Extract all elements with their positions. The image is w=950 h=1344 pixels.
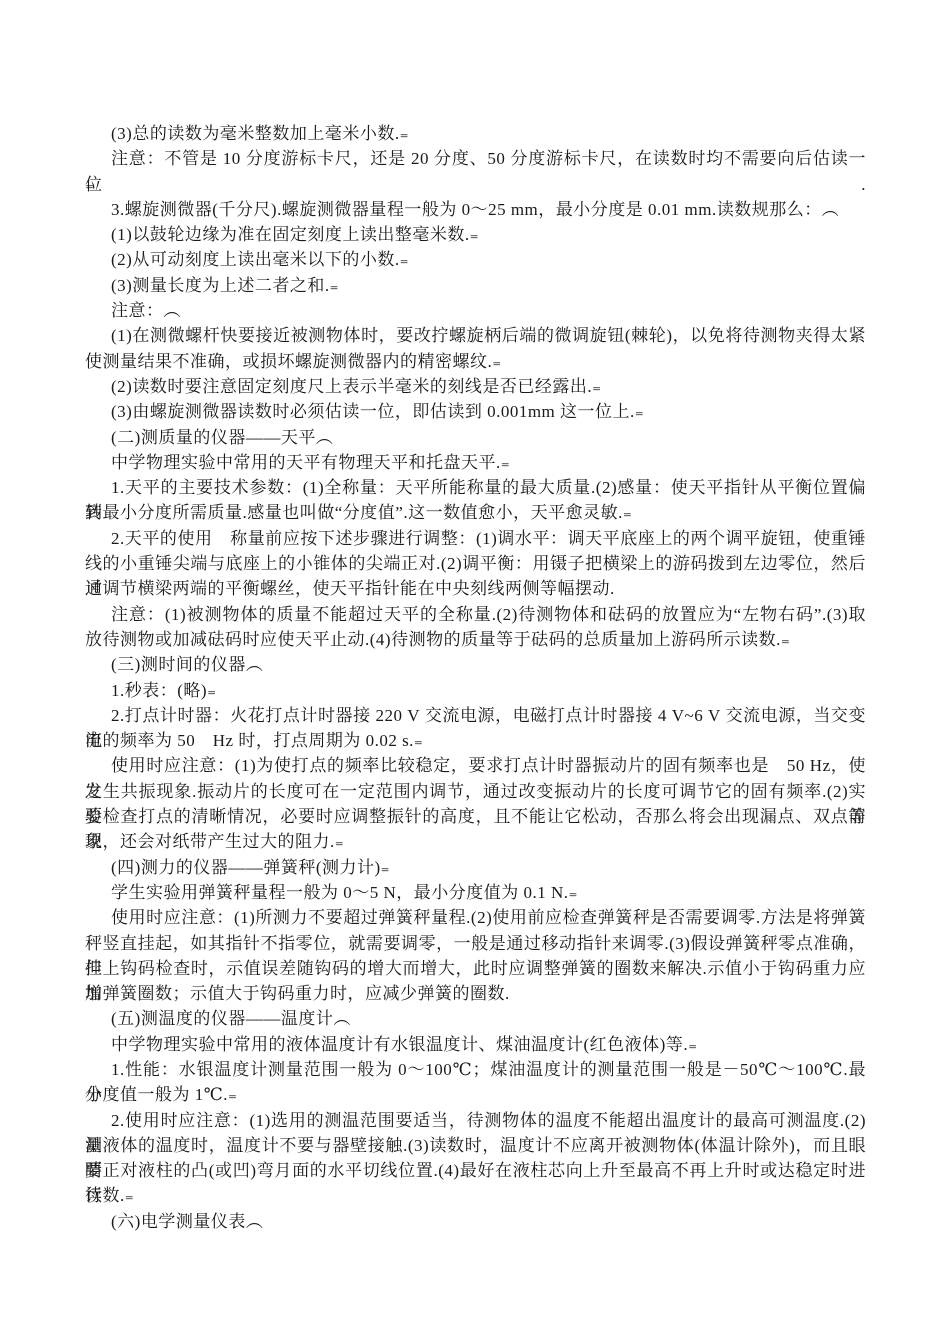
text-line: 中学物理实验中常用的液体温度计有水银温度计、煤油温度计(红色液体)等.₌ xyxy=(85,1032,866,1057)
text-line: (四)测力的仪器——弹簧秤(测力计)₌ xyxy=(85,855,866,880)
text-line: 2.天平的使用 称量前应按下述步骤进行调整：(1)调水平：调天平底座上的两个调平… xyxy=(85,526,866,551)
text-line: 使用时应注意：(1)所测力不要超过弹簧秤量程.(2)使用前应检查弹簧秤是否需要调… xyxy=(85,905,866,930)
text-line: (1)以鼓轮边缘为准在固定刻度上读出整毫米数.₌ xyxy=(85,222,866,247)
text-line: (2)从可动刻度上读出毫米以下的小数.₌ xyxy=(85,247,866,272)
text-line: 3.螺旋测微器(千分尺).螺旋测微器量程一般为 0～25 mm，最小分度是 0.… xyxy=(85,197,866,222)
text-line: 要正对液柱的凸(或凹)弯月面的水平切线位置.(4)最好在液柱芯向上升至最高不再上… xyxy=(85,1158,866,1183)
text-line: 放待测物或加减砝码时应使天平止动.(4)待测物的质量等于砝码的总质量加上游码所示… xyxy=(85,627,866,652)
text-line: 量液体的温度时，温度计不要与器壁接触.(3)读数时，温度计不应离开被测物体(体温… xyxy=(85,1133,866,1158)
text-line: (三)测时间的仪器︵ xyxy=(85,652,866,677)
text-line: 流的频率为 50 Hz 时，打点周期为 0.02 s.₌ xyxy=(85,728,866,753)
document-text-body: (3)总的读数为毫米整数加上毫米小数.₌注意：不管是 10 分度游标卡尺，还是 … xyxy=(85,121,866,1234)
text-line: 分度值一般为 1℃.₌ xyxy=(85,1082,866,1107)
text-line: 注意：不管是 10 分度游标卡尺，还是 20 分度、50 分度游标卡尺，在读数时… xyxy=(85,146,866,171)
text-line: (3)由螺旋测微器读数时必须估读一位，即估读到 0.001mm 这一位上.₌ xyxy=(85,399,866,424)
text-line: 加弹簧圈数；示值大于钩码重力时，应减少弹簧的圈数. xyxy=(85,981,866,1006)
text-line: (3)总的读数为毫米整数加上毫米小数.₌ xyxy=(85,121,866,146)
text-line: 线的小重锤尖端与底座上的小锥体的尖端正对.(2)调平衡：用镊子把横梁上的游码拨到… xyxy=(85,551,866,576)
text-line: 秤竖直挂起，如其指针不指零位，就需要调零，一般是通过移动指针来调零.(3)假设弹… xyxy=(85,931,866,956)
text-line: (六)电学测量仪表︵ xyxy=(85,1209,866,1234)
text-line: 使测量结果不准确，或损坏螺旋测微器内的精密螺纹.₌ xyxy=(85,349,866,374)
text-line: 过调节横梁两端的平衡螺丝，使天平指针能在中央刻线两侧等幅摆动. xyxy=(85,576,866,601)
document-page: (3)总的读数为毫米整数加上毫米小数.₌注意：不管是 10 分度游标卡尺，还是 … xyxy=(85,121,866,1234)
text-line: 2.使用时应注意：(1)选用的测温范围要适当，待测物体的温度不能超出温度计的最高… xyxy=(85,1108,866,1133)
text-line: (2)读数时要注意固定刻度尺上表示半毫米的刻线是否已经露出.₌ xyxy=(85,374,866,399)
text-line: 读数.₌ xyxy=(85,1183,866,1208)
text-line: 要检查打点的清晰情况，必要时应调整振针的高度，且不能让它松动，否那么将会出现漏点… xyxy=(85,804,866,829)
text-line: (二)测质量的仪器——天平︵ xyxy=(85,425,866,450)
text-line: (1)在测微螺杆快要接近被测物体时，要改拧螺旋柄后端的微调旋钮(棘轮)，以免将待… xyxy=(85,323,866,348)
text-line: 1.秒表：(略)₌ xyxy=(85,678,866,703)
text-line: 注意：︵ xyxy=(85,298,866,323)
text-line: 注意：(1)被测物体的质量不能超过天平的全称量.(2)待测物体和砝码的放置应为“… xyxy=(85,602,866,627)
text-line: 学生实验用弹簧秤量程一般为 0～5 N，最小分度值为 0.1 N.₌ xyxy=(85,880,866,905)
text-line: 2.打点计时器：火花打点计时器接 220 V 交流电源，电磁打点计时器接 4 V… xyxy=(85,703,866,728)
text-line: 挂上钩码检查时，示值误差随钩码的增大而增大，此时应调整弹簧的圈数来解决.示值小于… xyxy=(85,956,866,981)
text-line: 发生共振现象.振动片的长度可在一定范围内调节，通过改变振动片的长度可调节它的固有… xyxy=(85,779,866,804)
text-line: 中学物理实验中常用的天平有物理天平和托盘天平.₌ xyxy=(85,450,866,475)
text-line: 使用时应注意：(1)为使打点的频率比较稳定，要求打点计时器振动片的固有频率也是 … xyxy=(85,753,866,778)
text-line: (五)测温度的仪器——温度计︵ xyxy=(85,1006,866,1031)
text-line: 象，还会对纸带产生过大的阻力.₌ xyxy=(85,829,866,854)
text-line: 1.性能：水银温度计测量范围一般为 0～100℃；煤油温度计的测量范围一般是－5… xyxy=(85,1057,866,1082)
text-line: (3)测量长度为上述二者之和.₌ xyxy=(85,273,866,298)
text-line: 到最小分度所需质量.感量也叫做“分度值”.这一数值愈小，天平愈灵敏.₌ xyxy=(85,500,866,525)
text-line: 1.天平的主要技术参数：(1)全称量：天平所能称量的最大质量.(2)感量：使天平… xyxy=(85,475,866,500)
